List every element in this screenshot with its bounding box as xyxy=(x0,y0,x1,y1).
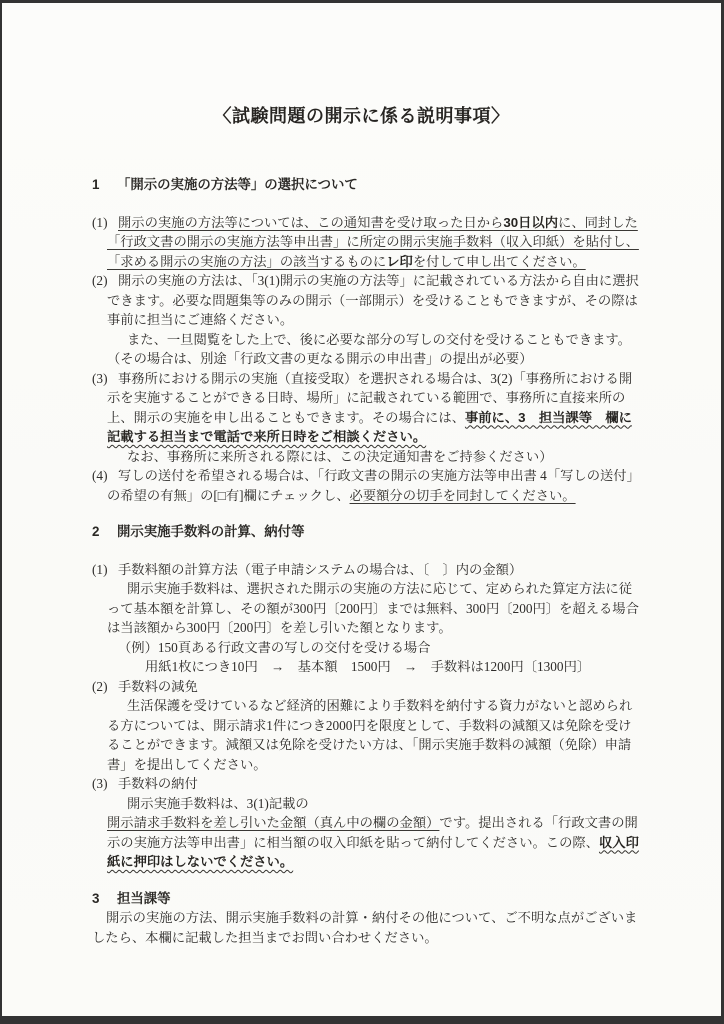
list-item: (2) 開示の実施の方法は、「3(1)開示の実施の方法等」に記載されている方法か… xyxy=(2,271,721,369)
text-run: また、一旦閲覧をした上で、後に必要な部分の写しの交付を受けることもできます。（そ… xyxy=(107,332,631,367)
text-run-underlined: 必要額分の切手を同封してください。 xyxy=(350,488,576,503)
paragraph: 開示実施手数料は、3(1)記載の開示請求手数料を差し引いた金額（真ん中の欄の金額… xyxy=(107,794,639,872)
paragraph-example: （例）150頁ある行政文書の写しの交付を受ける場合 xyxy=(107,638,639,658)
text-run: 開示の実施の方法は、「3(1)開示の実施の方法等」に記載されている方法から自由に… xyxy=(107,273,639,327)
section-title: 開示実施手数料の計算、納付等 xyxy=(117,524,304,539)
text-run: 手数料額の計算方法（電子申請システムの場合は、〔 〕内の金額） xyxy=(118,562,522,577)
paragraph: 事務所における開示の実施（直接受取）を選択される場合は、3(2)「事務所における… xyxy=(107,369,639,447)
paragraph: 開示の実施の方法等については、この通知書を受け取った日から30日以内に、同封した… xyxy=(107,213,639,272)
section-heading: 1「開示の実施の方法等」の選択について xyxy=(2,175,721,195)
section-number: 1 xyxy=(92,175,117,195)
section-heading: 3担当課等 xyxy=(2,889,721,909)
item-content: 開示の実施の方法等については、この通知書を受け取った日から30日以内に、同封した… xyxy=(107,213,639,272)
text-run: 手数料の減免 xyxy=(118,679,198,694)
section-number: 2 xyxy=(92,522,117,542)
section-3: 3担当課等 開示の実施の方法、開示実施手数料の計算・納付その他について、ご不明な… xyxy=(2,889,721,948)
list-item: (2) 手数料の減免 生活保護を受けているなど経済的困難により手数料を納付する資… xyxy=(2,677,721,775)
text-run-bold: レ印 xyxy=(386,254,413,269)
document-title: 〈試験問題の開示に係る説明事項〉 xyxy=(2,103,721,129)
item-label: (2) xyxy=(92,271,118,291)
paragraph: 手数料額の計算方法（電子申請システムの場合は、〔 〕内の金額） xyxy=(107,560,639,580)
paragraph: 手数料の納付 xyxy=(107,774,639,794)
section-number: 3 xyxy=(92,889,117,909)
text-run-underlined: 開示請求手数料を差し引いた金額（真ん中の欄の金額） xyxy=(107,815,439,830)
paragraph: 写しの送付を希望される場合は、「行政文書の開示の実施方法等申出書 4「写しの送付… xyxy=(107,466,639,505)
item-content: 事務所における開示の実施（直接受取）を選択される場合は、3(2)「事務所における… xyxy=(107,369,639,467)
list-item: (1) 手数料額の計算方法（電子申請システムの場合は、〔 〕内の金額） 開示実施… xyxy=(2,560,721,677)
text-run-bold: 30日以内 xyxy=(503,215,558,230)
paragraph: また、一旦閲覧をした上で、後に必要な部分の写しの交付を受けることもできます。（そ… xyxy=(107,330,639,369)
text-run: 開示の実施の方法等については、この通知書を受け取った日から xyxy=(118,215,503,230)
item-label: (1) xyxy=(92,560,118,580)
item-content: 手数料の減免 生活保護を受けているなど経済的困難により手数料を納付する資力がない… xyxy=(107,677,639,775)
section-title: 担当課等 xyxy=(117,891,171,906)
list-item: (4) 写しの送付を希望される場合は、「行政文書の開示の実施方法等申出書 4「写… xyxy=(2,466,721,505)
list-item: (3) 手数料の納付 開示実施手数料は、3(1)記載の開示請求手数料を差し引いた… xyxy=(2,774,721,872)
item-label: (3) xyxy=(92,369,118,389)
paragraph: 開示実施手数料は、選択された開示の実施の方法に応じて、定められた算定方法に従って… xyxy=(107,579,639,638)
section-heading: 2開示実施手数料の計算、納付等 xyxy=(2,522,721,542)
item-content: 手数料額の計算方法（電子申請システムの場合は、〔 〕内の金額） 開示実施手数料は… xyxy=(107,560,639,677)
document-page: 〈試験問題の開示に係る説明事項〉 1「開示の実施の方法等」の選択について (1)… xyxy=(2,3,721,1016)
paragraph: 手数料の減免 xyxy=(107,677,639,697)
scan-frame: 〈試験問題の開示に係る説明事項〉 1「開示の実施の方法等」の選択について (1)… xyxy=(0,0,724,1024)
text-run: 用紙1枚につき10円 → 基本額 1500円 → 手数料は1200円〔1300円… xyxy=(145,659,590,674)
section-2: 2開示実施手数料の計算、納付等 (1) 手数料額の計算方法（電子申請システムの場… xyxy=(2,522,721,872)
text-run: 生活保護を受けているなど経済的困難により手数料を納付する資力がないと認められる方… xyxy=(107,698,632,772)
section-body: 開示の実施の方法、開示実施手数料の計算・納付その他について、ご不明な点がございま… xyxy=(92,908,639,947)
section-title: 「開示の実施の方法等」の選択について xyxy=(117,177,358,192)
item-label: (2) xyxy=(92,677,118,697)
paragraph: なお、事務所に来所される際には、この決定通知書をご持参ください） xyxy=(107,447,639,467)
item-content: 写しの送付を希望される場合は、「行政文書の開示の実施方法等申出書 4「写しの送付… xyxy=(107,466,639,505)
text-run: 手数料の納付 xyxy=(118,776,198,791)
list-item: (3) 事務所における開示の実施（直接受取）を選択される場合は、3(2)「事務所… xyxy=(2,369,721,467)
item-label: (1) xyxy=(92,213,118,233)
text-run: （例）150頁ある行政文書の写しの交付を受ける場合 xyxy=(118,640,430,655)
text-run: 開示実施手数料は、3(1)記載の xyxy=(127,796,309,811)
paragraph: 生活保護を受けているなど経済的困難により手数料を納付する資力がないと認められる方… xyxy=(107,696,639,774)
item-label: (4) xyxy=(92,466,118,486)
text-run: 開示実施手数料は、選択された開示の実施の方法に応じて、定められた算定方法に従って… xyxy=(107,581,639,635)
text-run: を付して申し出てください。 xyxy=(413,254,586,269)
item-content: 手数料の納付 開示実施手数料は、3(1)記載の開示請求手数料を差し引いた金額（真… xyxy=(107,774,639,872)
paragraph: 開示の実施の方法は、「3(1)開示の実施の方法等」に記載されている方法から自由に… xyxy=(107,271,639,330)
section-1: 1「開示の実施の方法等」の選択について (1) 開示の実施の方法等については、こ… xyxy=(2,175,721,505)
list-item: (1) 開示の実施の方法等については、この通知書を受け取った日から30日以内に、… xyxy=(2,213,721,272)
item-label: (3) xyxy=(92,774,118,794)
paragraph-fee-calculation: 用紙1枚につき10円 → 基本額 1500円 → 手数料は1200円〔1300円… xyxy=(107,657,639,677)
text-run: なお、事務所に来所される際には、この決定通知書をご持参ください） xyxy=(127,449,553,464)
item-content: 開示の実施の方法は、「3(1)開示の実施の方法等」に記載されている方法から自由に… xyxy=(107,271,639,369)
